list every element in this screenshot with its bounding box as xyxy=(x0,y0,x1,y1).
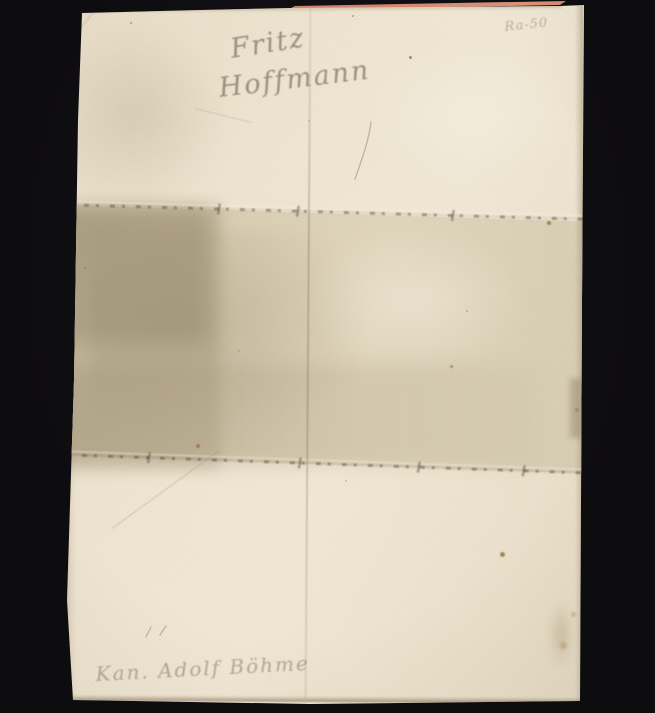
paper-vignette xyxy=(0,0,655,713)
photo-frame: Fritz Hoffmann Ra-50 Kan. Adolf Böhme xyxy=(0,0,655,713)
document-paper: Fritz Hoffmann Ra-50 Kan. Adolf Böhme xyxy=(0,0,655,713)
